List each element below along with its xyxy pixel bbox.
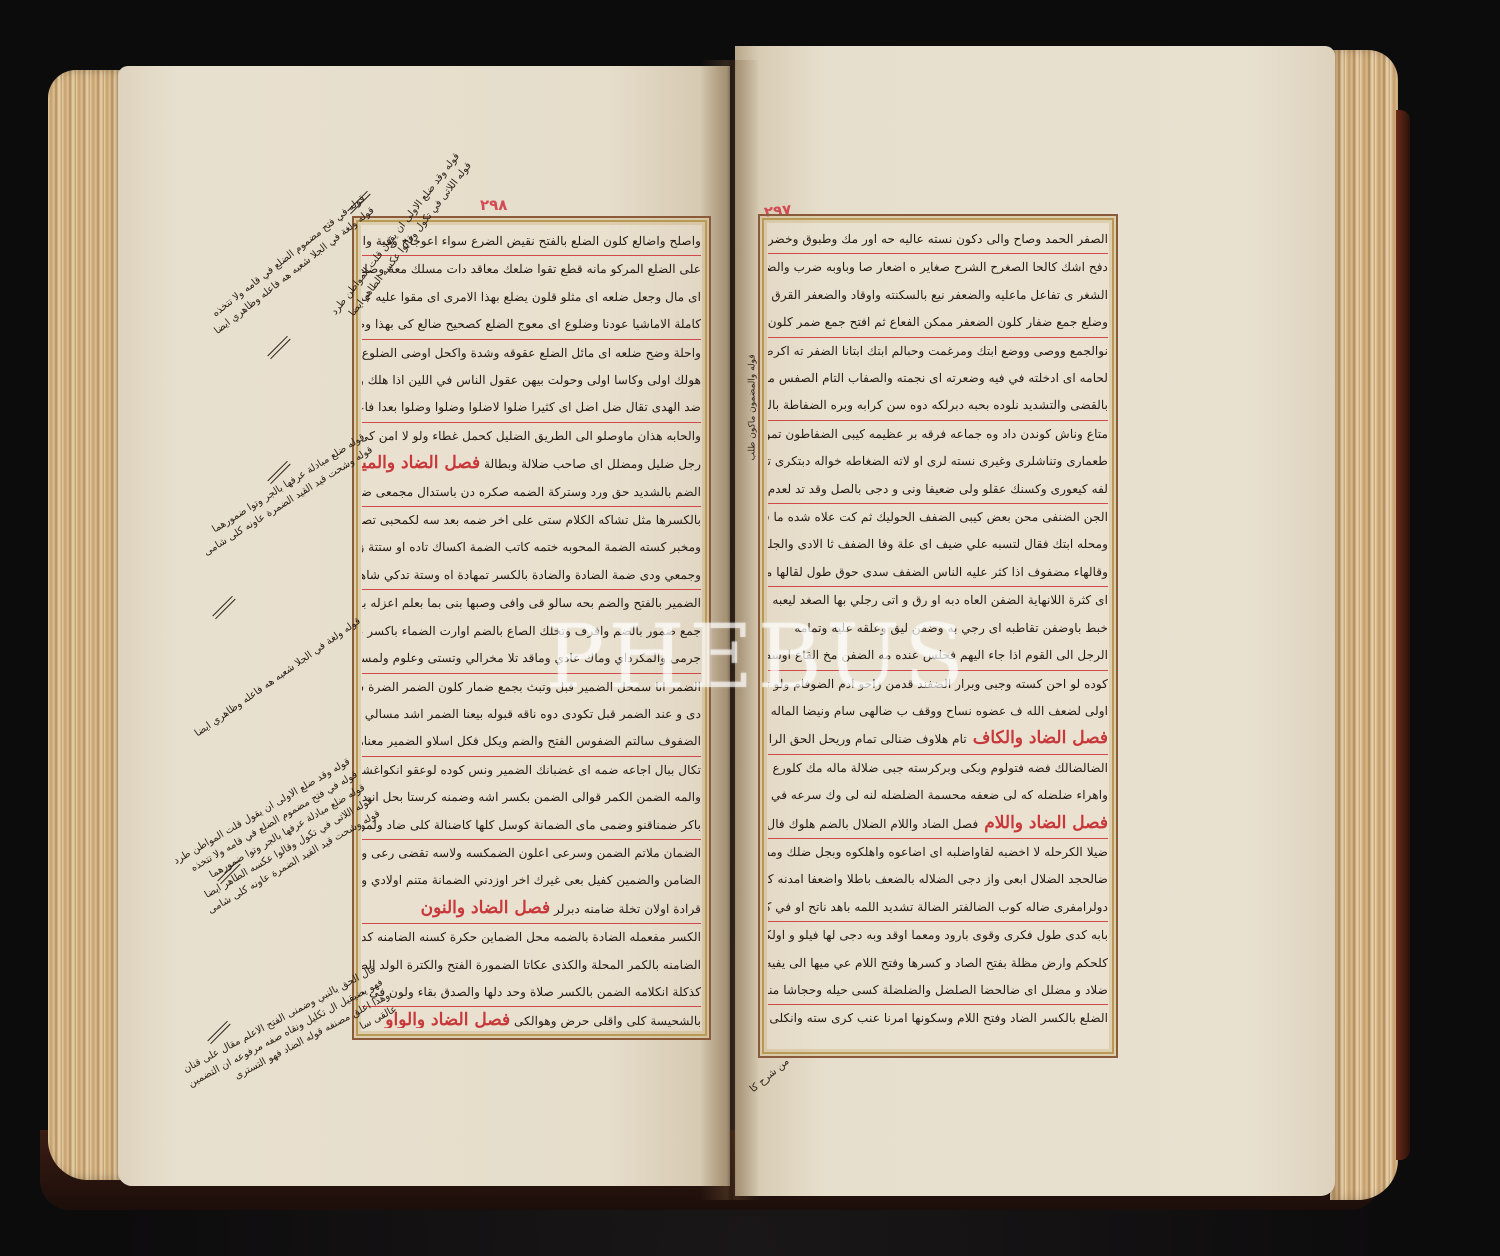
- text-line: الضامنه بالكمر المحلة والكذى عكاتا الضمو…: [362, 952, 701, 979]
- text-line-content: دفح اشك كالحا الصغرح الشرح صغاير ه اضعار…: [768, 260, 1108, 274]
- chapter-heading: فصل الضاد والنون: [421, 898, 550, 918]
- text-line-content: وضلع جمع ضفار كلون الضعفر ممكن الفعاع ثم…: [768, 315, 1108, 329]
- text-line-content: الضمير بالفتح والضم بحه سالو قى وافى وصب…: [362, 596, 701, 610]
- text-line-content: وجمعي ودى ضمة الضادة والضادة بالكسر تمها…: [362, 568, 701, 582]
- text-line-content: واهراء ضلضله كه لى ضعفه محسمة الضلضله لن…: [768, 788, 1108, 802]
- text-line-content: كوده لو احن كسته وجبى وبرار الضفند قدمن …: [768, 677, 1108, 691]
- text-line-content: الشغر ى تفاعل ماعليه والضعفر نيع بالسكنت…: [768, 288, 1108, 302]
- text-line: جرمى والمكرداي وماك عادي وماقد تلا مخرال…: [362, 645, 701, 672]
- text-line: اى كثرة اللانهاية الضفن العاه دبه او رق …: [768, 586, 1108, 614]
- text-line-content: دولرامفرى ضاله كوب الضالفتر الضالة تشديد…: [768, 900, 1108, 914]
- text-line: اولى لضعف الله ف عضوه نساح ووقف ب ضالهى …: [768, 698, 1108, 725]
- text-line: وقالهاء مضفوف اذا كثر عليه الناس الضفف س…: [768, 559, 1108, 586]
- text-line-content: دى و عند الضمر قبل تكودى دوه ناقه قبوله …: [362, 707, 701, 721]
- text-line-content: كاملة الاماشيا عودنا وضلوع اى معوج الضلع…: [362, 317, 701, 331]
- text-line: بالقضى والتشديد نلوده بحبه دبرلكه دوه سن…: [768, 392, 1108, 419]
- gutter-note: قوله والمضمون ماكون طلب: [746, 354, 761, 460]
- text-line-content: ومحله ابتك فقال لتسبه علي ضيف اى علة وفا…: [768, 537, 1108, 551]
- text-line-content: ومخبر كسته الضمة المحوبه ختمه كاتب الضمة…: [362, 540, 701, 554]
- text-line: نوالجمع ووصى ووضع ابتك ومرغمت وحبالم ابت…: [768, 337, 1108, 365]
- text-line: الضمان ملاتم الضمن وسرعى اعلون الضمكسه و…: [362, 839, 701, 867]
- text-line: لفه كيعورى وكسنك عقلو ولى ضعيفا ونى و دج…: [768, 476, 1108, 503]
- text-line-content: ضالحجد الضلال ابعى واز دجى الضلاله بالضع…: [768, 872, 1108, 886]
- text-line-content: اى كثرة اللانهاية الضفن العاه دبه او رق …: [768, 593, 1108, 607]
- text-line-content: بالقضى والتشديد نلوده بحبه دبرلكه دوه سن…: [768, 398, 1108, 412]
- text-line-content: الضالضالك فضه فتولوم وبكى وبركرسته جبى ض…: [773, 761, 1108, 775]
- text-line-content: ضد الهدى تقال ضل اضل اى كثيرا ضلوا لاضلو…: [362, 400, 701, 414]
- text-line-content: الضلع بالكسر الضاد وفتح اللام وسكونها ام…: [768, 1011, 1108, 1025]
- text-line: الصفر الحمد وصاح والى دکون نسته عاليه حه…: [768, 226, 1108, 253]
- text-line: ومحله ابتك فقال لتسبه علي ضيف اى علة وفا…: [768, 531, 1108, 558]
- text-line-content: لفه كيعورى وكسنك عقلو ولى ضعيفا ونى و دج…: [768, 482, 1108, 496]
- text-line: دفح اشك كالحا الصغرح الشرح صغاير ه اضعار…: [768, 253, 1108, 281]
- text-line-content: الصفر الحمد وصاح والى دکون نسته عاليه حه…: [768, 232, 1108, 246]
- text-line: الضلع بالكسر الضاد وفتح اللام وسكونها ام…: [768, 1004, 1108, 1032]
- text-line: رجل ضليل ومضلل اى صاحب ضلالة وبطالة فصل …: [362, 450, 701, 478]
- text-line: واحلة وضح ضلعه اى مائل الضلع عقوقه وشدة …: [362, 339, 701, 367]
- text-line: فصل الضاد واللام فصل الضاد واللام الضلال…: [768, 810, 1108, 838]
- text-line: بالكسرها مثل تشاكه الكلام ستى على اخر ضم…: [362, 506, 701, 534]
- text-line-content: هولك اولى وكاسا اولى وحولت بيهن عقول الن…: [362, 373, 701, 387]
- text-line-content: على الضلع المركو مانه قطع تقوا ضلعك معاق…: [362, 262, 701, 276]
- text-line: قرادة اولان تخلة ضامنه دبرلر فصل الضاد و…: [362, 895, 701, 923]
- text-line: الضالضالك فضه فتولوم وبكى وبركرسته جبى ض…: [768, 754, 1108, 782]
- text-line: الشغر ى تفاعل ماعليه والضعفر نيع بالسكنت…: [768, 282, 1108, 309]
- text-line-content: تام هلاوف ضنالى تمام وريحل الحق الراس اذ…: [768, 732, 967, 746]
- chapter-heading: فصل الضاد والميم: [362, 453, 480, 473]
- text-line-content: ضيلا الكرحله لا اخضبه لقاواضلبه اى اضاعو…: [768, 845, 1108, 859]
- text-line: تكال ببال اجاعه ضمه اى غضبانك الضمير ونس…: [362, 756, 701, 784]
- text-line: ضيلا الكرحله لا اخضبه لقاواضلبه اى اضاعو…: [768, 838, 1108, 866]
- text-line: ضالحجد الضلال ابعى واز دجى الضلاله بالضع…: [768, 866, 1108, 893]
- text-line-content: الضامنه بالكمر المحلة والكذى عكاتا الضمو…: [362, 958, 701, 972]
- text-line: هولك اولى وكاسا اولى وحولت بيهن عقول الن…: [362, 367, 701, 394]
- text-line-content: ضلاد و مضلل اى ضالحضا الصلضل والضلضلة كس…: [768, 983, 1108, 997]
- left-page-number: ٢٩٨: [480, 196, 507, 214]
- left-text-block: واصلح واضالع كلون الضلع بالفتح نقيض الضر…: [352, 216, 711, 1040]
- text-line: طعمارى وتناشلرى وغيرى نسته لرى او لاته ا…: [768, 448, 1108, 475]
- text-line-content: طعمارى وتناشلرى وغيرى نسته لرى او لاته ا…: [768, 454, 1108, 468]
- text-line-content: باكر ضمناقنو وضمى ماى الضمانة كوسل كلها …: [362, 818, 701, 832]
- text-line-content: لحامه اى ادخلته في فيه وضعرته اى نجمته و…: [768, 371, 1108, 385]
- right-text-block: الصفر الحمد وصاح والى دکون نسته عاليه حه…: [758, 214, 1118, 1058]
- text-line: خبط باوضفن تقاطبه اى رجي به وضفن ليق وعل…: [768, 615, 1108, 642]
- text-line: كذكلة انكلامه الضمن بالكسر صلاة وحد دلها…: [362, 979, 701, 1006]
- text-line: الضامن والضمين كفيل بعى غيرك اخر اوزدني …: [362, 867, 701, 894]
- text-line-content: رجل ضليل ومضلل اى صاحب ضلالة وبطالة: [484, 457, 701, 471]
- text-line: دى و عند الضمر قبل تكودى دوه ناقه قبوله …: [362, 701, 701, 728]
- text-line-content: والمه الضمن الكمر قوالى الضمن بكسر اشه و…: [362, 790, 701, 804]
- text-line-content: الجن الضنفى محن بعض كيبى الضفف الحوليك ث…: [768, 510, 1108, 524]
- text-line: والمه الضمن الكمر قوالى الضمن بكسر اشه و…: [362, 784, 701, 811]
- text-line-content: جرمى والمكرداي وماك عادي وماقد تلا مخرال…: [362, 651, 701, 665]
- text-line: ضد الهدى تقال ضل اضل اى كثيرا ضلوا لاضلو…: [362, 394, 701, 421]
- text-line: جمع ضمور بالضم وافرف وتخلك الصاع بالضم ا…: [362, 618, 701, 645]
- right-page-stack-edge: [1330, 50, 1398, 1200]
- text-line-content: نوالجمع ووصى ووضع ابتك ومرغمت وحبالم ابت…: [768, 344, 1108, 358]
- text-line: كوده لو احن كسته وجبى وبرار الضفند قدمن …: [768, 670, 1108, 698]
- right-text-lines: الصفر الحمد وصاح والى دکون نسته عاليه حه…: [768, 226, 1108, 1046]
- text-line-content: كذكلة انكلامه الضمن بالكسر صلاة وحد دلها…: [362, 985, 701, 999]
- text-line: الضم بالشديد حق ورد وستركة الضمه صكره دن…: [362, 479, 701, 506]
- text-line-content: الضمان ملاتم الضمن وسرعى اعلون الضمكسه و…: [362, 846, 701, 860]
- text-line-content: جمع ضمور بالضم وافرف وتخلك الصاع بالضم ا…: [362, 624, 701, 638]
- text-line: الضمير بالفتح والضم بحه سالو قى وافى وصب…: [362, 589, 701, 617]
- text-line: متاع وناش كوندن داد وه جماعه فرقه بر عظي…: [768, 420, 1108, 448]
- chapter-heading: فصل الضاد واللام: [978, 813, 1108, 833]
- text-line-content: تكال ببال اجاعه ضمه اى غضبانك الضمير ونس…: [362, 763, 701, 777]
- chapter-heading: فصل الضاد والواو: [385, 1010, 510, 1028]
- text-line-content: وقالهاء مضفوف اذا كثر عليه الناس الضفف س…: [768, 565, 1108, 579]
- text-line: وضلع جمع ضفار كلون الضعفر ممكن الفعاع ثم…: [768, 309, 1108, 336]
- text-line-content: بالكسرها مثل تشاكه الكلام ستى على اخر ضم…: [362, 513, 701, 527]
- text-line: فصل الضاد والكاف تام هلاوف ضنالى تمام ور…: [768, 725, 1108, 753]
- text-line: لحامه اى ادخلته في فيه وضعرته اى نجمته و…: [768, 365, 1108, 392]
- text-line-content: الرجل الى القوم اذا جاء اليهم فحلس عنده …: [768, 648, 1108, 662]
- text-line-content: واحلة وضح ضلعه اى مائل الضلع عقوقه وشدة …: [362, 346, 701, 360]
- text-line: ومخبر كسته الضمة المحوبه ختمه كاتب الضمة…: [362, 534, 701, 561]
- text-line: بالشحيسة كلى واقلى حرض وهوالكى فصل الضاد…: [362, 1006, 701, 1028]
- text-line-content: قرادة اولان تخلة ضامنه دبرلر: [554, 902, 701, 916]
- text-line-content: الضم بالشديد حق ورد وستركة الضمه صكره دن…: [362, 485, 701, 499]
- text-line-content: خبط باوضفن تقاطبه اى رجي به وضفن ليق وعل…: [794, 621, 1108, 635]
- text-line: وجمعي ودى ضمة الضادة والضادة بالكسر تمها…: [362, 562, 701, 589]
- text-line-content: الكسر مفعمله الضادة بالضمه محل الضماين ح…: [362, 930, 701, 944]
- text-line-content: الضامن والضمين كفيل بعى غيرك اخر اوزدني …: [362, 873, 701, 887]
- left-page-stack-edge: [48, 70, 126, 1180]
- text-line: والحابه هذان ماوصلو الى الطريق الضليل كح…: [362, 422, 701, 450]
- text-line: الجن الضنفى محن بعض كيبى الضفف الحوليك ث…: [768, 503, 1108, 531]
- text-line-content: الضمر انا سمحل الضمير قبل وتبث بجمع ضمار…: [362, 680, 701, 694]
- text-line: كاملة الاماشيا عودنا وضلوع اى معوج الضلع…: [362, 311, 701, 338]
- left-text-lines: واصلح واضالع كلون الضلع بالفتح نقيض الضر…: [362, 228, 701, 1028]
- text-line: ضلاد و مضلل اى ضالحضا الصلضل والضلضلة كس…: [768, 977, 1108, 1004]
- text-line: كلحكم وارض مظلة بفتح الصاد و كسرها وفتح …: [768, 950, 1108, 977]
- text-line-content: بالشحيسة كلى واقلى حرض وهوالكى: [514, 1014, 701, 1028]
- text-line-content: اى مال وجعل ضلعه اى مثلو قلون يضلع بهذا …: [362, 290, 701, 304]
- text-line: الضمر انا سمحل الضمير قبل وتبث بجمع ضمار…: [362, 673, 701, 701]
- text-line: واهراء ضلضله كه لى ضعفه محسمة الضلضله لن…: [768, 782, 1108, 809]
- text-line: دولرامفرى ضاله كوب الضالفتر الضالة تشديد…: [768, 894, 1108, 921]
- text-line: باكر ضمناقنو وضمى ماى الضمانة كوسل كلها …: [362, 812, 701, 839]
- text-line-content: فصل الضاد واللام الضلال بالضم هلوك فال ا…: [768, 817, 978, 831]
- text-line: بابه كدى طول فكرى وقوى بارود ومعما اوقد …: [768, 921, 1108, 949]
- text-line-content: والحابه هذان ماوصلو الى الطريق الضليل كح…: [362, 429, 701, 443]
- text-line-content: بابه كدى طول فكرى وقوى بارود ومعما اوقد …: [768, 928, 1108, 942]
- text-line: الضفوف سالتم الضفوس الفتح والضم ويكل فكل…: [362, 728, 701, 755]
- chapter-heading: فصل الضاد والكاف: [967, 728, 1108, 748]
- text-line-content: الضفوف سالتم الضفوس الفتح والضم ويكل فكل…: [362, 734, 701, 748]
- text-line: الكسر مفعمله الضادة بالضمه محل الضماين ح…: [362, 923, 701, 951]
- text-line: على الضلع المركو مانه قطع تقوا ضلعك معاق…: [362, 255, 701, 283]
- text-line: اى مال وجعل ضلعه اى مثلو قلون يضلع بهذا …: [362, 284, 701, 311]
- text-line-content: متاع وناش كوندن داد وه جماعه فرقه بر عظي…: [768, 427, 1108, 441]
- text-line: الرجل الى القوم اذا جاء اليهم فحلس عنده …: [768, 642, 1108, 669]
- text-line-content: كلحكم وارض مظلة بفتح الصاد و كسرها وفتح …: [768, 956, 1108, 970]
- text-line-content: اولى لضعف الله ف عضوه نساح ووقف ب ضالهى …: [768, 704, 1108, 718]
